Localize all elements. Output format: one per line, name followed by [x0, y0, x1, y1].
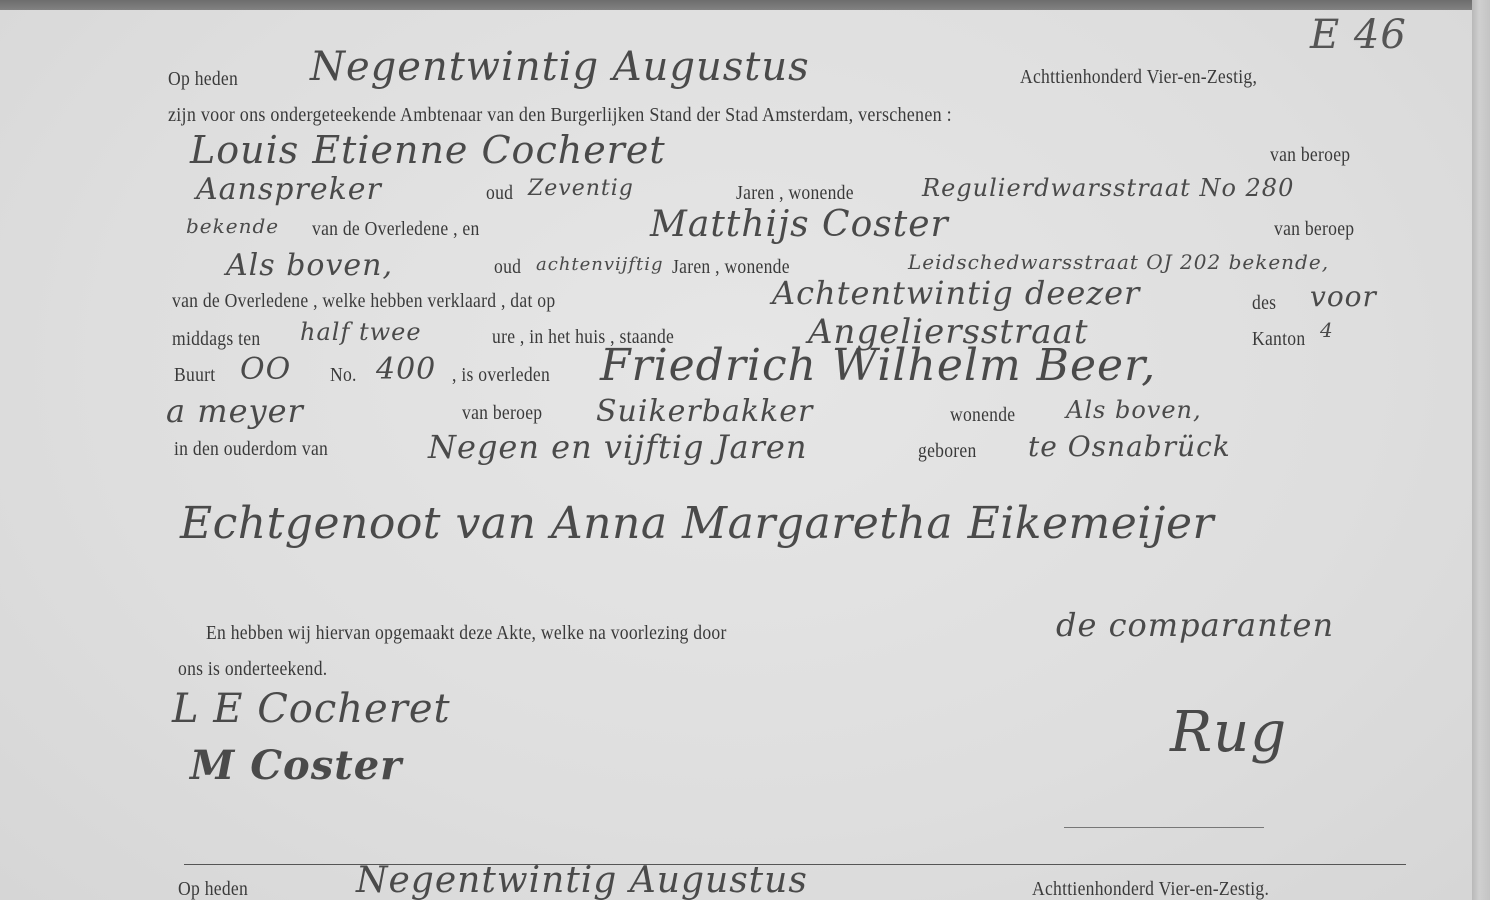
hw-declarant1-age: Zeventig [528, 176, 634, 201]
printed-van-de-overledene: van de Overledene , en [312, 218, 480, 241]
hw-next-date: Negentwintig Augustus [356, 860, 808, 900]
hw-read-by: de comparanten [1056, 606, 1334, 644]
hw-declarant2-age: achtenvijftig [536, 254, 664, 275]
hw-declarant2-occupation: Als boven, [226, 248, 393, 283]
printed-middags-ten: middags ten [172, 328, 260, 351]
hw-kanton-no: 4 [1320, 318, 1334, 342]
signature-coster: M Coster [190, 742, 402, 789]
hw-deceased-name: Friedrich Wilhelm Beer, [600, 340, 1156, 391]
signature-official: Rug [1170, 700, 1287, 765]
printed-next-year: Achttienhonderd Vier-en-Zestig. [1032, 878, 1269, 900]
printed-verklaard: van de Overledene , welke hebben verklaa… [172, 290, 555, 313]
printed-is-overleden: , is overleden [452, 364, 550, 387]
hw-declarant1-name: Louis Etienne Cocheret [190, 128, 666, 172]
printed-oud-1: oud [486, 182, 513, 205]
printed-des: des [1252, 292, 1276, 315]
printed-oud-2: oud [494, 256, 521, 279]
hw-deceased-name-cont: a meyer [166, 392, 304, 430]
hw-buurt-code: OO [240, 352, 291, 387]
hw-deceased-residence: Als boven, [1066, 396, 1202, 424]
printed-wonende-3: wonende [950, 404, 1015, 427]
printed-closing-1: En hebben wij hiervan opgemaakt deze Akt… [206, 622, 727, 645]
printed-van-beroep-3: van beroep [462, 402, 542, 425]
printed-buurt: Buurt [174, 364, 215, 387]
printed-next-op-heden: Op heden [178, 878, 248, 900]
hw-declarant2-name: Matthijs Coster [650, 204, 949, 245]
hw-birthplace: te Osnabrück [1028, 430, 1231, 463]
hw-relation: bekende [186, 214, 279, 238]
hw-spouse-note: Echtgenoot van Anna Margaretha Eikemeije… [180, 498, 1214, 549]
hw-death-date: Achtentwintig deezer [772, 274, 1140, 312]
hw-declarant2-address: Leidschedwarsstraat OJ 202 bekende, [908, 250, 1329, 274]
hw-deceased-occupation: Suikerbakker [596, 394, 813, 429]
signature-cocheret: L E Cocheret [172, 686, 451, 732]
hw-hour: half twee [300, 318, 422, 346]
hw-house-no: 400 [376, 352, 436, 387]
printed-ouderdom: in den ouderdom van [174, 438, 328, 461]
printed-geboren: geboren [918, 440, 977, 463]
printed-year: Achttienhonderd Vier-en-Zestig, [1020, 66, 1257, 89]
hw-declarant1-address: Regulierdwarsstraat No 280 [922, 174, 1294, 202]
printed-jaren-wonende-1: Jaren , wonende [736, 182, 854, 205]
printed-van-beroep-1: van beroep [1270, 144, 1350, 167]
hw-declarant1-occupation: Aanspreker [196, 172, 382, 207]
page-binding-edge [1472, 0, 1490, 900]
hw-des-suffix: voor [1310, 280, 1377, 313]
signature-underline [1064, 827, 1264, 828]
printed-kanton: Kanton [1252, 328, 1305, 351]
printed-no: No. [330, 364, 357, 387]
printed-verschenen: zijn voor ons ondergeteekende Ambtenaar … [168, 104, 952, 127]
printed-closing-2: ons is onderteekend. [178, 658, 327, 681]
page-number: E 46 [1310, 12, 1407, 58]
printed-op-heden: Op heden [168, 68, 238, 91]
hw-date: Negentwintig Augustus [310, 44, 810, 90]
printed-van-beroep-2: van beroep [1274, 218, 1354, 241]
hw-age: Negen en vijftig Jaren [428, 428, 807, 466]
